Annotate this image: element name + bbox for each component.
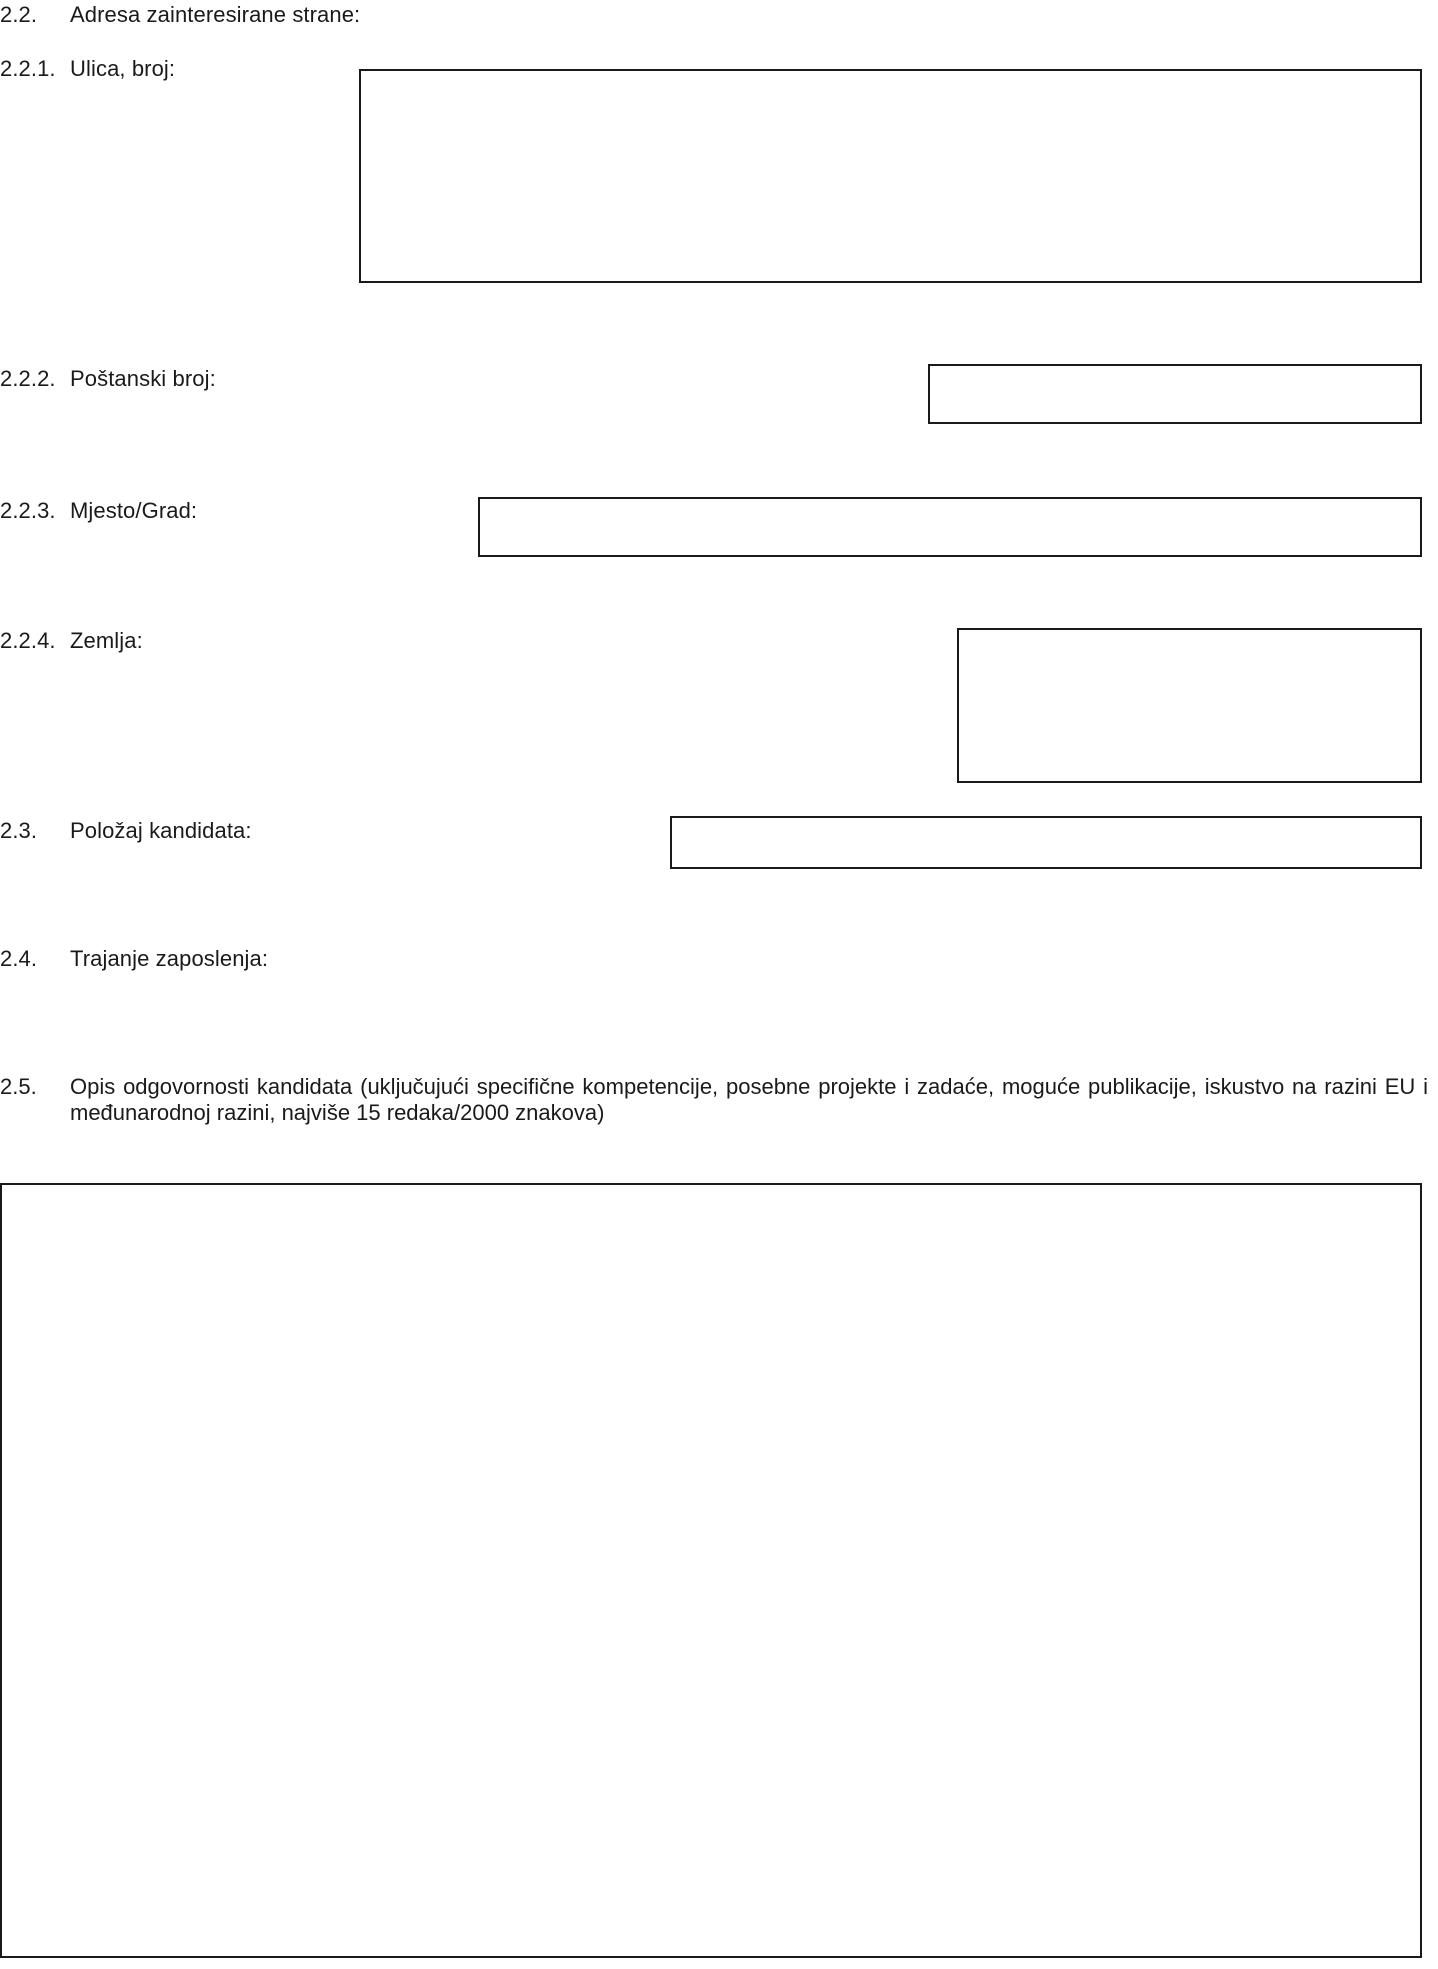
- candidate-position-field[interactable]: [670, 816, 1422, 869]
- section-number: 2.4.: [0, 946, 37, 972]
- section-label: Zemlja:: [70, 628, 143, 654]
- responsibilities-description-field[interactable]: [0, 1183, 1422, 1958]
- street-number-label: 2.2.1. Ulica, broj:: [0, 56, 340, 82]
- section-2-2-heading: 2.2. Adresa zainteresirane strane:: [0, 2, 700, 28]
- city-field[interactable]: [478, 497, 1422, 557]
- country-field[interactable]: [957, 628, 1422, 783]
- postal-code-label: 2.2.2. Poštanski broj:: [0, 366, 400, 392]
- section-number: 2.2.: [0, 2, 37, 28]
- section-number: 2.5.: [0, 1074, 37, 1100]
- section-label: Položaj kandidata:: [70, 818, 252, 844]
- street-number-field[interactable]: [359, 69, 1422, 283]
- country-label: 2.2.4. Zemlja:: [0, 628, 400, 654]
- section-number: 2.2.3.: [0, 498, 56, 524]
- employment-duration-label: 2.4. Trajanje zaposlenja:: [0, 946, 500, 972]
- section-label: Poštanski broj:: [70, 366, 216, 392]
- section-number: 2.2.2.: [0, 366, 56, 392]
- candidate-position-label: 2.3. Položaj kandidata:: [0, 818, 500, 844]
- section-number: 2.2.4.: [0, 628, 56, 654]
- section-label: Ulica, broj:: [70, 56, 175, 82]
- section-label: Opis odgovornosti kandidata (uključujući…: [70, 1074, 1428, 1126]
- section-number: 2.2.1.: [0, 56, 56, 82]
- city-label: 2.2.3. Mjesto/Grad:: [0, 498, 400, 524]
- section-label: Mjesto/Grad:: [70, 498, 197, 524]
- section-number: 2.3.: [0, 818, 37, 844]
- section-label: Trajanje zaposlenja:: [70, 946, 268, 972]
- postal-code-field[interactable]: [928, 364, 1422, 424]
- section-label: Adresa zainteresirane strane:: [70, 2, 360, 28]
